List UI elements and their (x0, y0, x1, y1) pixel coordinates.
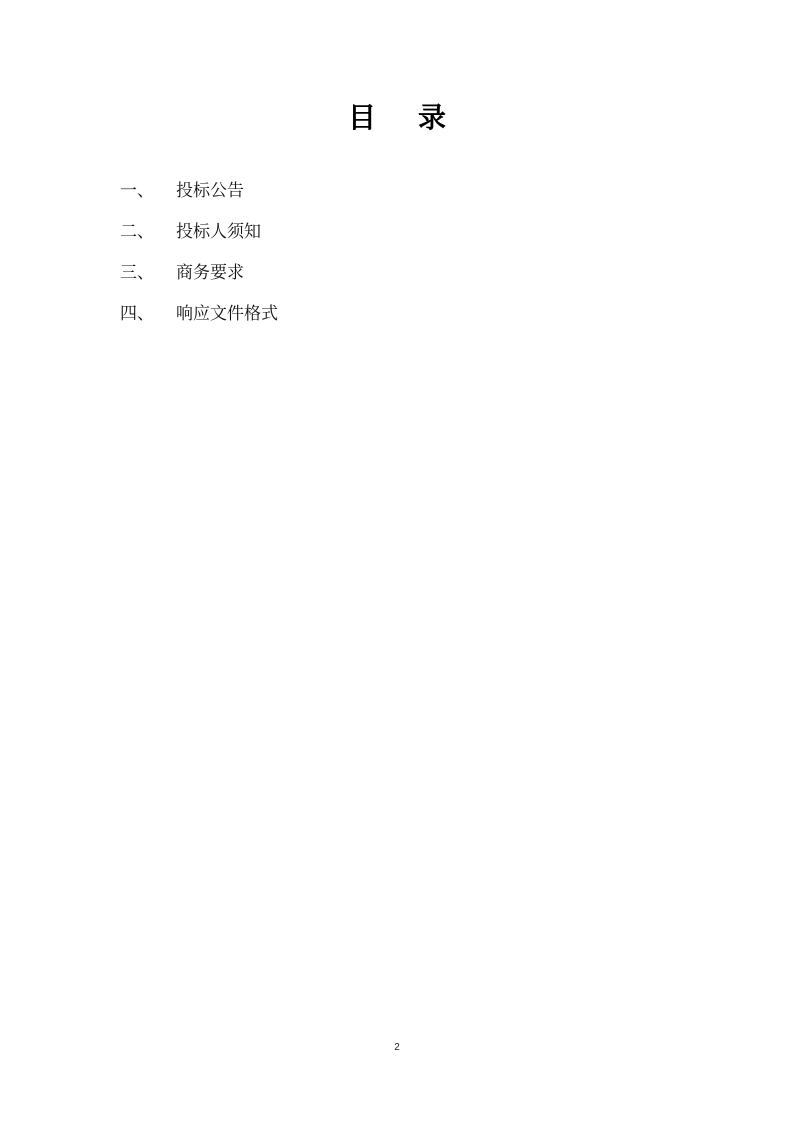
title-char-1: 目 (348, 98, 376, 138)
toc-item-number: 四、 (120, 299, 176, 324)
page-number: 2 (0, 1042, 794, 1053)
title-char-2: 录 (418, 98, 446, 138)
toc-item-number: 二、 (120, 217, 176, 242)
toc-item-label: 商务要求 (176, 258, 244, 283)
toc-item: 四、 响应文件格式 (120, 291, 278, 332)
toc-item-label: 响应文件格式 (176, 299, 278, 324)
toc-item-number: 三、 (120, 258, 176, 283)
toc-item: 三、 商务要求 (120, 250, 278, 291)
toc-item: 二、 投标人须知 (120, 209, 278, 250)
table-of-contents: 一、 投标公告 二、 投标人须知 三、 商务要求 四、 响应文件格式 (120, 168, 278, 332)
page-title: 目录 (0, 98, 794, 138)
toc-item-label: 投标公告 (176, 176, 244, 201)
toc-item-number: 一、 (120, 176, 176, 201)
toc-item-label: 投标人须知 (176, 217, 261, 242)
toc-item: 一、 投标公告 (120, 168, 278, 209)
